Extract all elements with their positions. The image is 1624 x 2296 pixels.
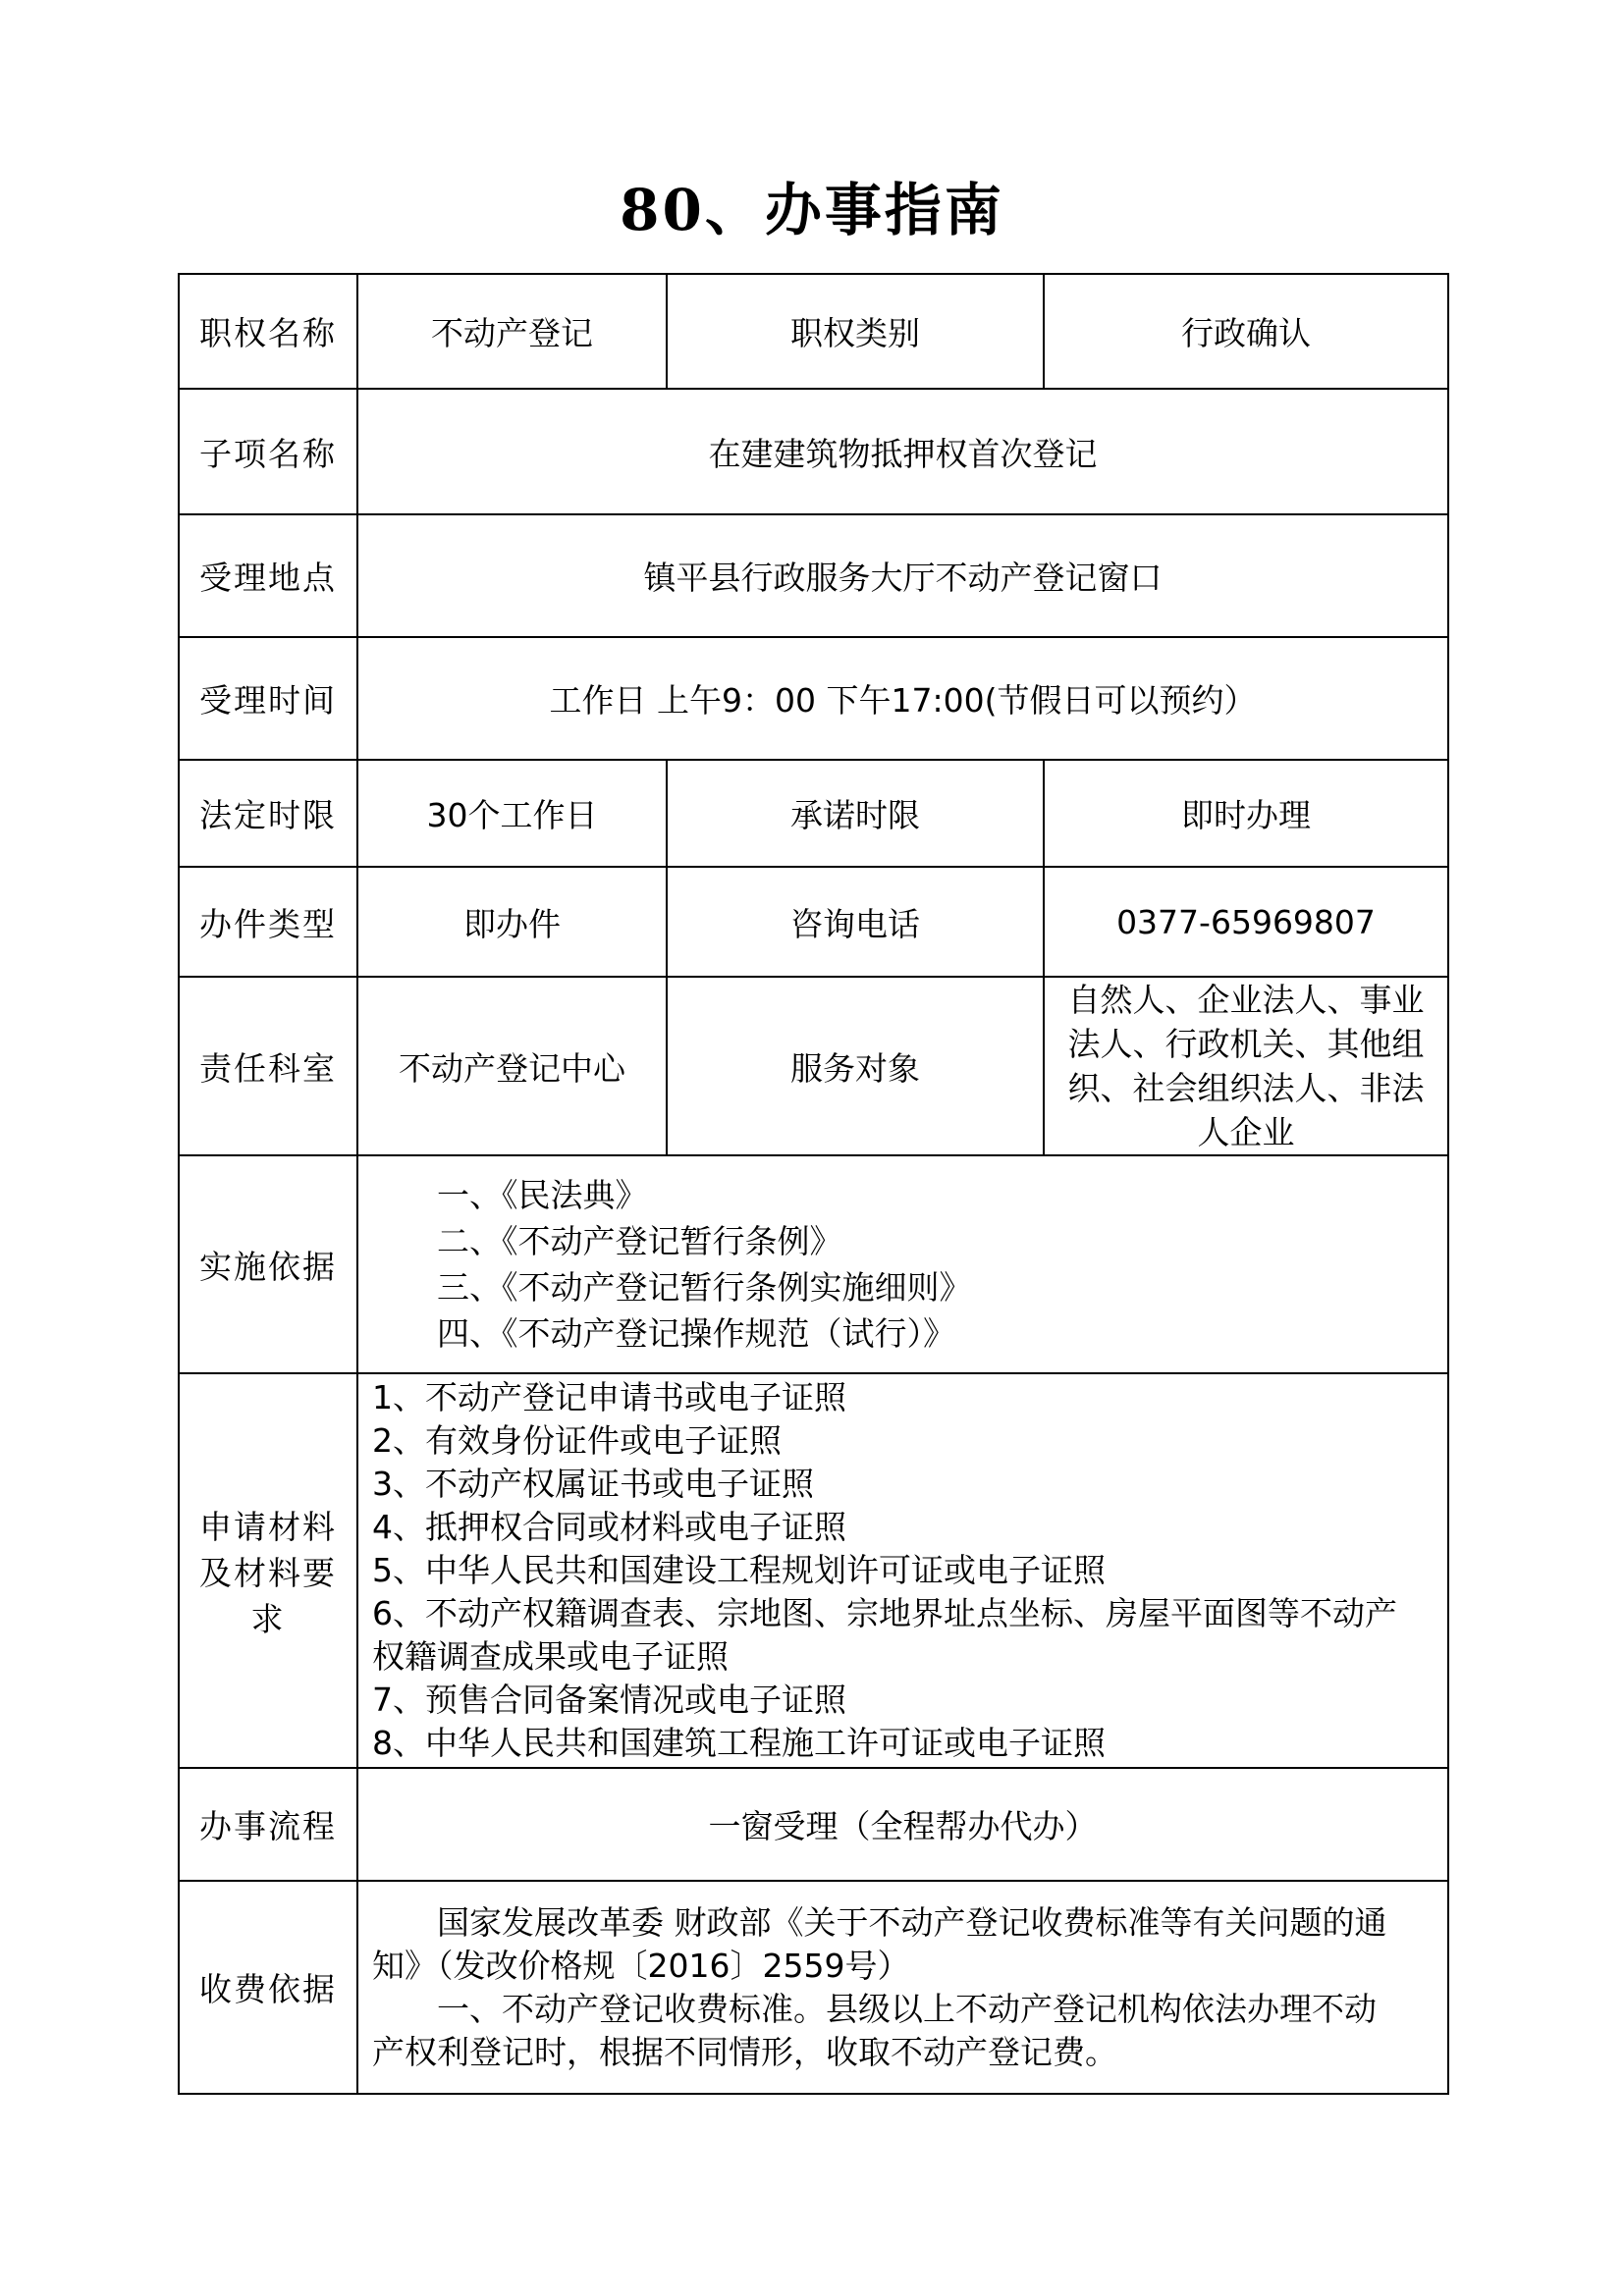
- authority-name-value: 不动产登记: [357, 274, 667, 389]
- list-item: 8、中华人民共和国建筑工程施工许可证或电子证照: [372, 1722, 1401, 1765]
- process-value: 一窗受理（全程帮办代办）: [357, 1768, 1448, 1881]
- table-row-time: 受理时间 工作日 上午9：00 下午17:00(节假日可以预约）: [179, 637, 1448, 760]
- department-value: 不动产登记中心: [357, 977, 667, 1155]
- list-item: 4、抵押权合同或材料或电子证照: [372, 1506, 1401, 1549]
- table-row-authority: 职权名称 不动产登记 职权类别 行政确认: [179, 274, 1448, 389]
- location-value: 镇平县行政服务大厅不动产登记窗口: [357, 514, 1448, 637]
- table-row-location: 受理地点 镇平县行政服务大厅不动产登记窗口: [179, 514, 1448, 637]
- promise-limit-label: 承诺时限: [667, 760, 1044, 867]
- table-row-fee-basis: 收费依据 国家发展改革委 财政部《关于不动产登记收费标准等有关问题的通知》（发改…: [179, 1881, 1448, 2094]
- legal-limit-label: 法定时限: [179, 760, 357, 867]
- table-row-process: 办事流程 一窗受理（全程帮办代办）: [179, 1768, 1448, 1881]
- list-item: 二、《不动产登记暂行条例》: [437, 1218, 1434, 1264]
- case-type-value: 即办件: [357, 867, 667, 977]
- table-row-case-type: 办件类型 即办件 咨询电话 0377-65969807: [179, 867, 1448, 977]
- table-row-department: 责任科室 不动产登记中心 服务对象 自然人、企业法人、事业法人、行政机关、其他组…: [179, 977, 1448, 1155]
- service-target-value: 自然人、企业法人、事业法人、行政机关、其他组织、社会组织法人、非法人企业: [1044, 977, 1448, 1155]
- basis-list: 一、《民法典》二、《不动产登记暂行条例》三、《不动产登记暂行条例实施细则》四、《…: [357, 1155, 1448, 1373]
- table-row-materials: 申请材料及材料要求 1、不动产登记申请书或电子证照2、有效身份证件或电子证照3、…: [179, 1373, 1448, 1768]
- page-title: 80、办事指南: [0, 180, 1624, 242]
- case-type-label: 办件类型: [179, 867, 357, 977]
- table-row-sub-item: 子项名称 在建建筑物抵押权首次登记: [179, 389, 1448, 514]
- legal-limit-value: 30个工作日: [357, 760, 667, 867]
- list-item: 7、预售合同备案情况或电子证照: [372, 1679, 1401, 1722]
- list-item: 四、《不动产登记操作规范（试行）》: [437, 1310, 1434, 1357]
- materials-label: 申请材料及材料要求: [179, 1373, 357, 1768]
- authority-type-value: 行政确认: [1044, 274, 1448, 389]
- promise-limit-value: 即时办理: [1044, 760, 1448, 867]
- authority-name-label: 职权名称: [179, 274, 357, 389]
- time-label: 受理时间: [179, 637, 357, 760]
- fee-basis-paragraphs: 国家发展改革委 财政部《关于不动产登记收费标准等有关问题的通知》（发改价格规〔2…: [357, 1881, 1448, 2094]
- sub-item-value: 在建建筑物抵押权首次登记: [357, 389, 1448, 514]
- table-row-legal-limit: 法定时限 30个工作日 承诺时限 即时办理: [179, 760, 1448, 867]
- list-item: 5、中华人民共和国建设工程规划许可证或电子证照: [372, 1549, 1401, 1592]
- list-item: 6、不动产权籍调查表、宗地图、宗地界址点坐标、房屋平面图等不动产权籍调查成果或电…: [372, 1592, 1401, 1679]
- service-guide-table: 职权名称 不动产登记 职权类别 行政确认 子项名称 在建建筑物抵押权首次登记 受…: [178, 273, 1449, 2095]
- fee-basis-paragraph: 国家发展改革委 财政部《关于不动产登记收费标准等有关问题的通知》（发改价格规〔2…: [372, 1901, 1401, 1988]
- department-label: 责任科室: [179, 977, 357, 1155]
- list-item: 一、《民法典》: [437, 1172, 1434, 1218]
- list-item: 1、不动产登记申请书或电子证照: [372, 1376, 1401, 1419]
- materials-list: 1、不动产登记申请书或电子证照2、有效身份证件或电子证照3、不动产权属证书或电子…: [357, 1373, 1448, 1768]
- table-row-basis: 实施依据 一、《民法典》二、《不动产登记暂行条例》三、《不动产登记暂行条例实施细…: [179, 1155, 1448, 1373]
- list-item: 3、不动产权属证书或电子证照: [372, 1463, 1401, 1506]
- sub-item-label: 子项名称: [179, 389, 357, 514]
- fee-basis-label: 收费依据: [179, 1881, 357, 2094]
- basis-label: 实施依据: [179, 1155, 357, 1373]
- phone-value: 0377-65969807: [1044, 867, 1448, 977]
- list-item: 2、有效身份证件或电子证照: [372, 1419, 1401, 1463]
- authority-type-label: 职权类别: [667, 274, 1044, 389]
- service-target-label: 服务对象: [667, 977, 1044, 1155]
- fee-basis-paragraph: 一、不动产登记收费标准。县级以上不动产登记机构依法办理不动产权利登记时，根据不同…: [372, 1988, 1401, 2074]
- process-label: 办事流程: [179, 1768, 357, 1881]
- time-value: 工作日 上午9：00 下午17:00(节假日可以预约）: [357, 637, 1448, 760]
- location-label: 受理地点: [179, 514, 357, 637]
- list-item: 三、《不动产登记暂行条例实施细则》: [437, 1264, 1434, 1310]
- phone-label: 咨询电话: [667, 867, 1044, 977]
- document-page: 80、办事指南 职权名称 不动产登记 职权类别 行政确认 子项名称 在建建筑物抵…: [0, 0, 1624, 2296]
